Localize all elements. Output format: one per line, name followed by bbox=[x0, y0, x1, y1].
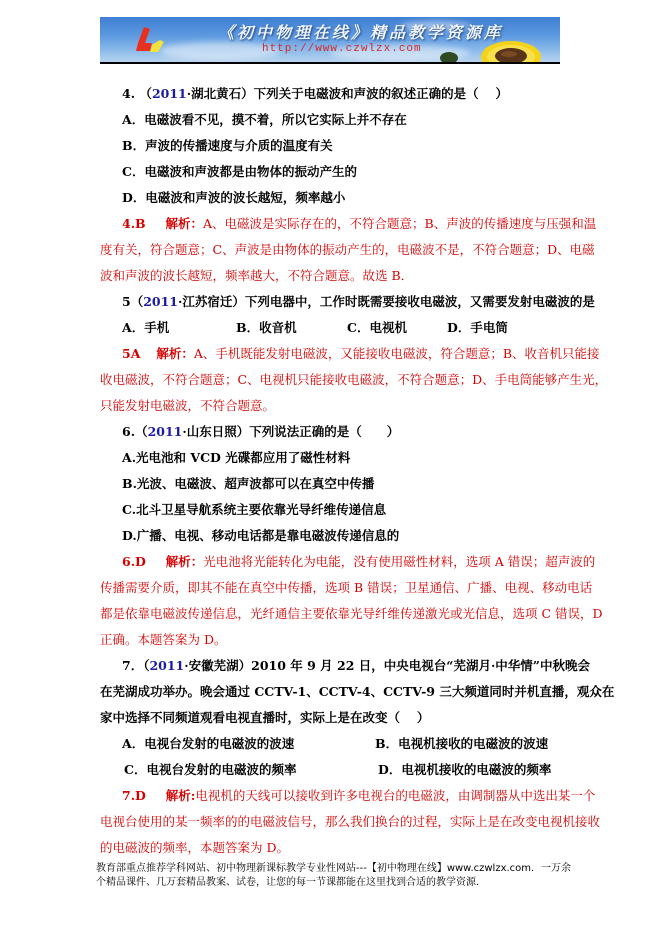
analysis-text: A、手机既能发射电磁波，又能接收电磁波，符合题意；B、收音机只能接 bbox=[194, 346, 600, 361]
question-year: 2011 bbox=[152, 86, 187, 101]
question-text: ·安徽芜湖）2010 年 9 月 22 日，中央电视台“芜湖月·中华情”中秋晚会 bbox=[184, 658, 590, 673]
site-banner: 《初中物理在线》精品教学资源库 http://www.czwlzx.com bbox=[100, 17, 560, 62]
analysis-label: 解析： bbox=[166, 554, 204, 569]
question-4-option-b: B．声波的传播速度与介质的温度有关 bbox=[122, 138, 333, 154]
question-year: 2011 bbox=[149, 658, 184, 673]
brand-logo-icon bbox=[130, 25, 170, 59]
question-4-option-d: D．电磁波和声波的波长越短，频率越小 bbox=[122, 190, 345, 206]
analysis-label: 解析: bbox=[166, 788, 196, 803]
banner-title: 《初中物理在线》精品教学资源库 bbox=[218, 20, 503, 43]
question-7-stem: 7．（2011·安徽芜湖）2010 年 9 月 22 日，中央电视台“芜湖月·中… bbox=[122, 658, 590, 674]
question-number: 7． bbox=[122, 658, 143, 673]
answer-key: 6.D bbox=[122, 554, 146, 569]
analysis-text: 电视机的天线可以接收到许多电视台的电磁波，由调制器从中选出某一个 bbox=[195, 788, 595, 803]
question-7-analysis-line-3: 的电磁波的频率，本题答案为 D。 bbox=[100, 840, 289, 856]
paren: （ bbox=[131, 294, 144, 309]
question-4-option-c: C．电磁波和声波都是由物体的振动产生的 bbox=[122, 164, 357, 180]
plant-decoration bbox=[440, 52, 458, 62]
question-5-stem: 5（2011·江苏宿迁）下列电器中，工作时既需要接收电磁波，又需要发射电磁波的是 bbox=[122, 294, 595, 310]
analysis-text: A、电磁波是实际存在的，不符合题意；B、声波的传播速度与压强和温 bbox=[203, 216, 596, 231]
answer-key: 7.D bbox=[122, 788, 146, 803]
question-6-option-c: C.北斗卫星导航系统主要依靠光导纤维传递信息 bbox=[122, 502, 386, 518]
question-text: ·江苏宿迁）下列电器中，工作时既需要接收电磁波，又需要发射电磁波的是 bbox=[178, 294, 595, 309]
question-4-analysis-line-2: 度有关，符合题意；C、声波是由物体的振动产生的，电磁波不是，不符合题意；D、电磁 bbox=[100, 242, 595, 258]
question-7-option-b: B．电视机接收的电磁波的波速 bbox=[375, 736, 548, 752]
question-text: ·湖北黄石）下列关于电磁波和声波的叙述正确的是（ ） bbox=[187, 86, 508, 101]
question-7-stem-line-3: 家中选择不同频道观看电视直播时，实际上是在改变（ ） bbox=[100, 710, 429, 726]
answer-key: 5A bbox=[122, 346, 140, 361]
question-6-option-a: A.光电池和 VCD 光碟都应用了磁性材料 bbox=[122, 450, 350, 466]
question-5-option-c: C．电视机 bbox=[347, 320, 407, 336]
question-5-option-d: D．手电筒 bbox=[447, 320, 508, 336]
question-number: 6. bbox=[122, 424, 135, 439]
question-5-option-a: A．手机 bbox=[122, 320, 169, 336]
question-7-option-c: C．电视台发射的电磁波的频率 bbox=[124, 762, 296, 778]
question-7-analysis-line-1: 7.D 解析:电视机的天线可以接收到许多电视台的电磁波，由调制器从中选出某一个 bbox=[122, 788, 595, 804]
question-5-analysis-line-2: 收电磁波，不符合题意；C、电视机只能接收电磁波，不符合题意；D、手电筒能够产生光… bbox=[100, 372, 607, 388]
paren: （ bbox=[139, 86, 152, 101]
question-5-analysis-line-3: 只能发射电磁波，不符合题意。 bbox=[100, 398, 275, 414]
header-divider bbox=[100, 62, 560, 64]
paren: （ bbox=[135, 424, 148, 439]
question-6-option-b: B.光波、电磁波、超声波都可以在真空中传播 bbox=[122, 476, 374, 492]
question-year: 2011 bbox=[148, 424, 183, 439]
footer-line-1: 教育部重点推荐学科网站、初中物理新课标教学专业性网站---【初中物理在线】www… bbox=[96, 862, 571, 875]
question-6-stem: 6.（2011·山东日照）下列说法正确的是（ ） bbox=[122, 424, 399, 440]
question-5-option-b: B．收音机 bbox=[236, 320, 297, 336]
question-4-option-a: A．电磁波看不见，摸不着，所以它实际上并不存在 bbox=[122, 112, 407, 128]
analysis-label: 解析： bbox=[166, 216, 204, 231]
question-number: 5 bbox=[122, 294, 131, 309]
question-6-analysis-line-4: 正确。本题答案为 D。 bbox=[100, 632, 227, 648]
question-5-analysis-line-1: 5A 解析：A、手机既能发射电磁波，又能接收电磁波，符合题意；B、收音机只能接 bbox=[122, 346, 600, 362]
question-4-analysis-line-3: 波和声波的波长越短，频率越大，不符合题意。故选 B． bbox=[100, 268, 413, 284]
question-6-analysis-line-3: 都是依靠电磁波传递信息，光纤通信主要依靠光导纤维传递激光或光信息，选项 C 错误… bbox=[100, 606, 603, 622]
question-7-option-d: D．电视机接收的电磁波的频率 bbox=[378, 762, 551, 778]
analysis-label: 解析： bbox=[156, 346, 194, 361]
question-4-analysis-line-1: 4.B 解析：A、电磁波是实际存在的，不符合题意；B、声波的传播速度与压强和温 bbox=[122, 216, 596, 232]
question-7-option-a: A．电视台发射的电磁波的波速 bbox=[122, 736, 294, 752]
footer-line-2: 个精品课件、几万套精品教案、试卷，让您的每一节课都能在这里找到合适的教学资源． bbox=[96, 876, 486, 889]
analysis-text: 光电池将光能转化为电能，没有使用磁性材料，选项 A 错误；超声波的 bbox=[203, 554, 595, 569]
question-6-analysis-line-1: 6.D 解析：光电池将光能转化为电能，没有使用磁性材料，选项 A 错误；超声波的 bbox=[122, 554, 595, 570]
question-number: 4. bbox=[122, 86, 135, 101]
question-7-analysis-line-2: 电视台使用的某一频率的的电磁波信号，那么我们换台的过程，实际上是在改变电视机接收 bbox=[100, 814, 600, 830]
banner-url[interactable]: http://www.czwlzx.com bbox=[262, 43, 422, 55]
question-4-stem: 4. （2011·湖北黄石）下列关于电磁波和声波的叙述正确的是（ ） bbox=[122, 86, 508, 102]
question-6-option-d: D.广播、电视、移动电话都是靠电磁波传递信息的 bbox=[122, 528, 399, 544]
question-year: 2011 bbox=[143, 294, 178, 309]
question-7-stem-line-2: 在芜湖成功举办。晚会通过 CCTV-1、CCTV-4、CCTV-9 三大频道同时… bbox=[100, 684, 614, 700]
sunflower-icon bbox=[480, 33, 542, 62]
question-text: ·山东日照）下列说法正确的是（ ） bbox=[182, 424, 399, 439]
question-6-analysis-line-2: 传播需要介质，即其不能在真空中传播，选项 B 错误；卫星通信、广播、电视、移动电… bbox=[100, 580, 592, 596]
answer-key: 4.B bbox=[122, 216, 146, 231]
